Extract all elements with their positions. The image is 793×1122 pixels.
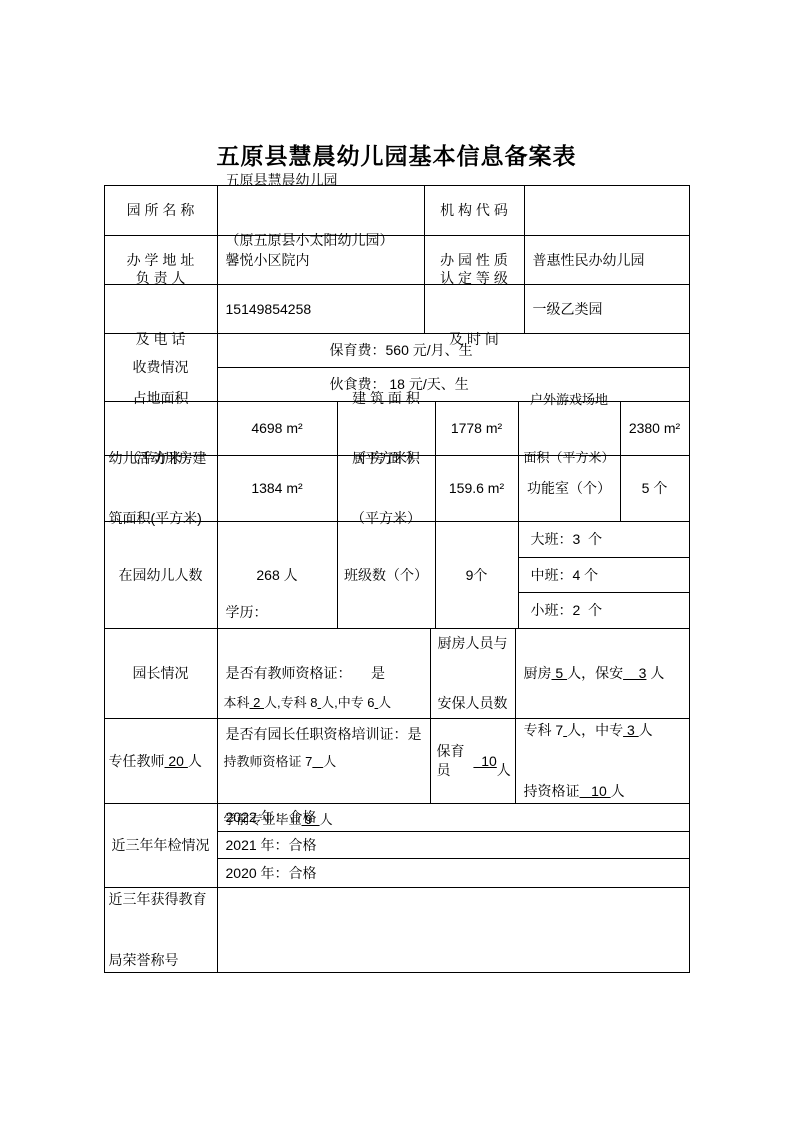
childcare-fee: 保育费：560 元/月、生	[218, 334, 689, 368]
principal-phone-label: 负 责 人 及 电 话	[105, 285, 218, 334]
building-area-value: 1778 m²	[436, 402, 519, 456]
kitchen-security-label-line2: 安保人员数	[433, 692, 513, 715]
principal-education-line: 学历：	[226, 601, 426, 624]
honors-label-line1: 近三年获得教育	[109, 888, 215, 911]
class-breakdown-middle: 中班：4 个	[519, 558, 689, 594]
kitchen-security-label: 厨房人员与 安保人员数	[431, 629, 516, 719]
nurses-count: 保育员 10 人	[431, 719, 516, 804]
activity-area-value: 1384 m²	[218, 456, 338, 522]
class-breakdown: 大班：3 个 中班：4 个 小班：2 个	[519, 522, 690, 629]
nurse-quals-line2: 持资格证 10 人	[524, 780, 685, 803]
outdoor-area-label: 户外游戏场地 面积（平方米）	[519, 402, 621, 456]
teacher-quals: 本科 2 人,专科 8 人,中专 6 人 持教师资格证 7 人 学前专业毕业 9…	[218, 719, 431, 804]
teacher-quals-line2: 持教师资格证 7 人	[224, 750, 426, 773]
grade-label-line1: 认 定 等 级	[429, 267, 520, 290]
kitchen-area-label-line1: 厨 房 面 积	[342, 447, 431, 470]
school-nature-value: 普惠性民办幼儿园	[525, 236, 690, 285]
outdoor-area-value: 2380 m²	[621, 402, 690, 456]
kitchen-area-label: 厨 房 面 积 （平方米）	[338, 456, 436, 522]
kitchen-area-value: 159.6 m²	[436, 456, 519, 522]
school-address-value: 馨悦小区院内	[218, 236, 425, 285]
inspection-2020: 2020 年：合格	[218, 859, 689, 887]
function-rooms-value: 5 个	[621, 456, 690, 522]
principal-phone-value: 15149854258	[218, 285, 425, 334]
teachers-label: 专任教师 20 人	[105, 719, 218, 804]
document-page: 五原县慧晨幼儿园基本信息备案表 园 所 名 称 五原县慧晨幼儿园 （原五原县小太…	[0, 0, 793, 1122]
grade-value: 一级乙类园	[525, 285, 690, 334]
kitchen-security-label-line1: 厨房人员与	[433, 632, 513, 655]
meal-fee: 伙食费： 18 元/天、生	[218, 368, 689, 402]
teacher-quals-line1: 本科 2 人,专科 8 人,中专 6 人	[224, 691, 426, 714]
principal-info-label: 园长情况	[105, 629, 218, 719]
land-area-value: 4698 m²	[218, 402, 338, 456]
activity-area-label: 幼儿活动用房建 筑面积(平方米)	[105, 456, 218, 522]
table-row: 负 责 人 及 电 话 15149854258 认 定 等 级 及 时 间 一级…	[105, 285, 690, 334]
info-table: 园 所 名 称 五原县慧晨幼儿园 （原五原县小太阳幼儿园） 机 构 代 码 办 …	[104, 185, 690, 973]
principal-phone-label-line1: 负 责 人	[109, 267, 213, 290]
class-breakdown-junior: 小班：2 个	[519, 593, 689, 628]
function-rooms-label: 功能室（个）	[519, 456, 621, 522]
org-code-value	[525, 186, 690, 236]
enrollment-label: 在园幼儿人数	[105, 522, 218, 629]
honors-label-line2: 局荣誉称号	[109, 949, 215, 972]
building-area-label-line1: 建 筑 面 积	[342, 387, 431, 410]
fees-values: 保育费：560 元/月、生 伙食费： 18 元/天、生	[218, 334, 690, 402]
outdoor-area-label-line1: 户外游戏场地	[521, 388, 618, 411]
table-row: 近三年获得教育 局荣誉称号	[105, 888, 690, 973]
grade-label: 认 定 等 级 及 时 间	[425, 285, 525, 334]
nurse-quals-line1: 专科 7 人，中专 3 人	[524, 719, 685, 742]
kindergarten-name-line1: 五原县慧晨幼儿园	[226, 169, 420, 192]
kindergarten-name-value: 五原县慧晨幼儿园 （原五原县小太阳幼儿园）	[218, 186, 425, 236]
honors-value	[218, 888, 690, 973]
table-row: 幼儿活动用房建 筑面积(平方米) 1384 m² 厨 房 面 积 （平方米） 1…	[105, 456, 690, 522]
inspection-2022: 2022 年：合格	[218, 804, 689, 832]
honors-label: 近三年获得教育 局荣誉称号	[105, 888, 218, 973]
land-area-label-line1: 占地面积	[109, 387, 213, 410]
inspection-2021: 2021 年：合格	[218, 832, 689, 860]
activity-area-label-line1: 幼儿活动用房建	[109, 447, 215, 470]
table-row: 专任教师 20 人 本科 2 人,专科 8 人,中专 6 人 持教师资格证 7 …	[105, 719, 690, 804]
nurse-quals: 专科 7 人，中专 3 人 持资格证 10 人	[516, 719, 690, 804]
class-breakdown-senior: 大班：3 个	[519, 522, 689, 558]
annual-inspection-values: 2022 年：合格 2021 年：合格 2020 年：合格	[218, 804, 690, 888]
